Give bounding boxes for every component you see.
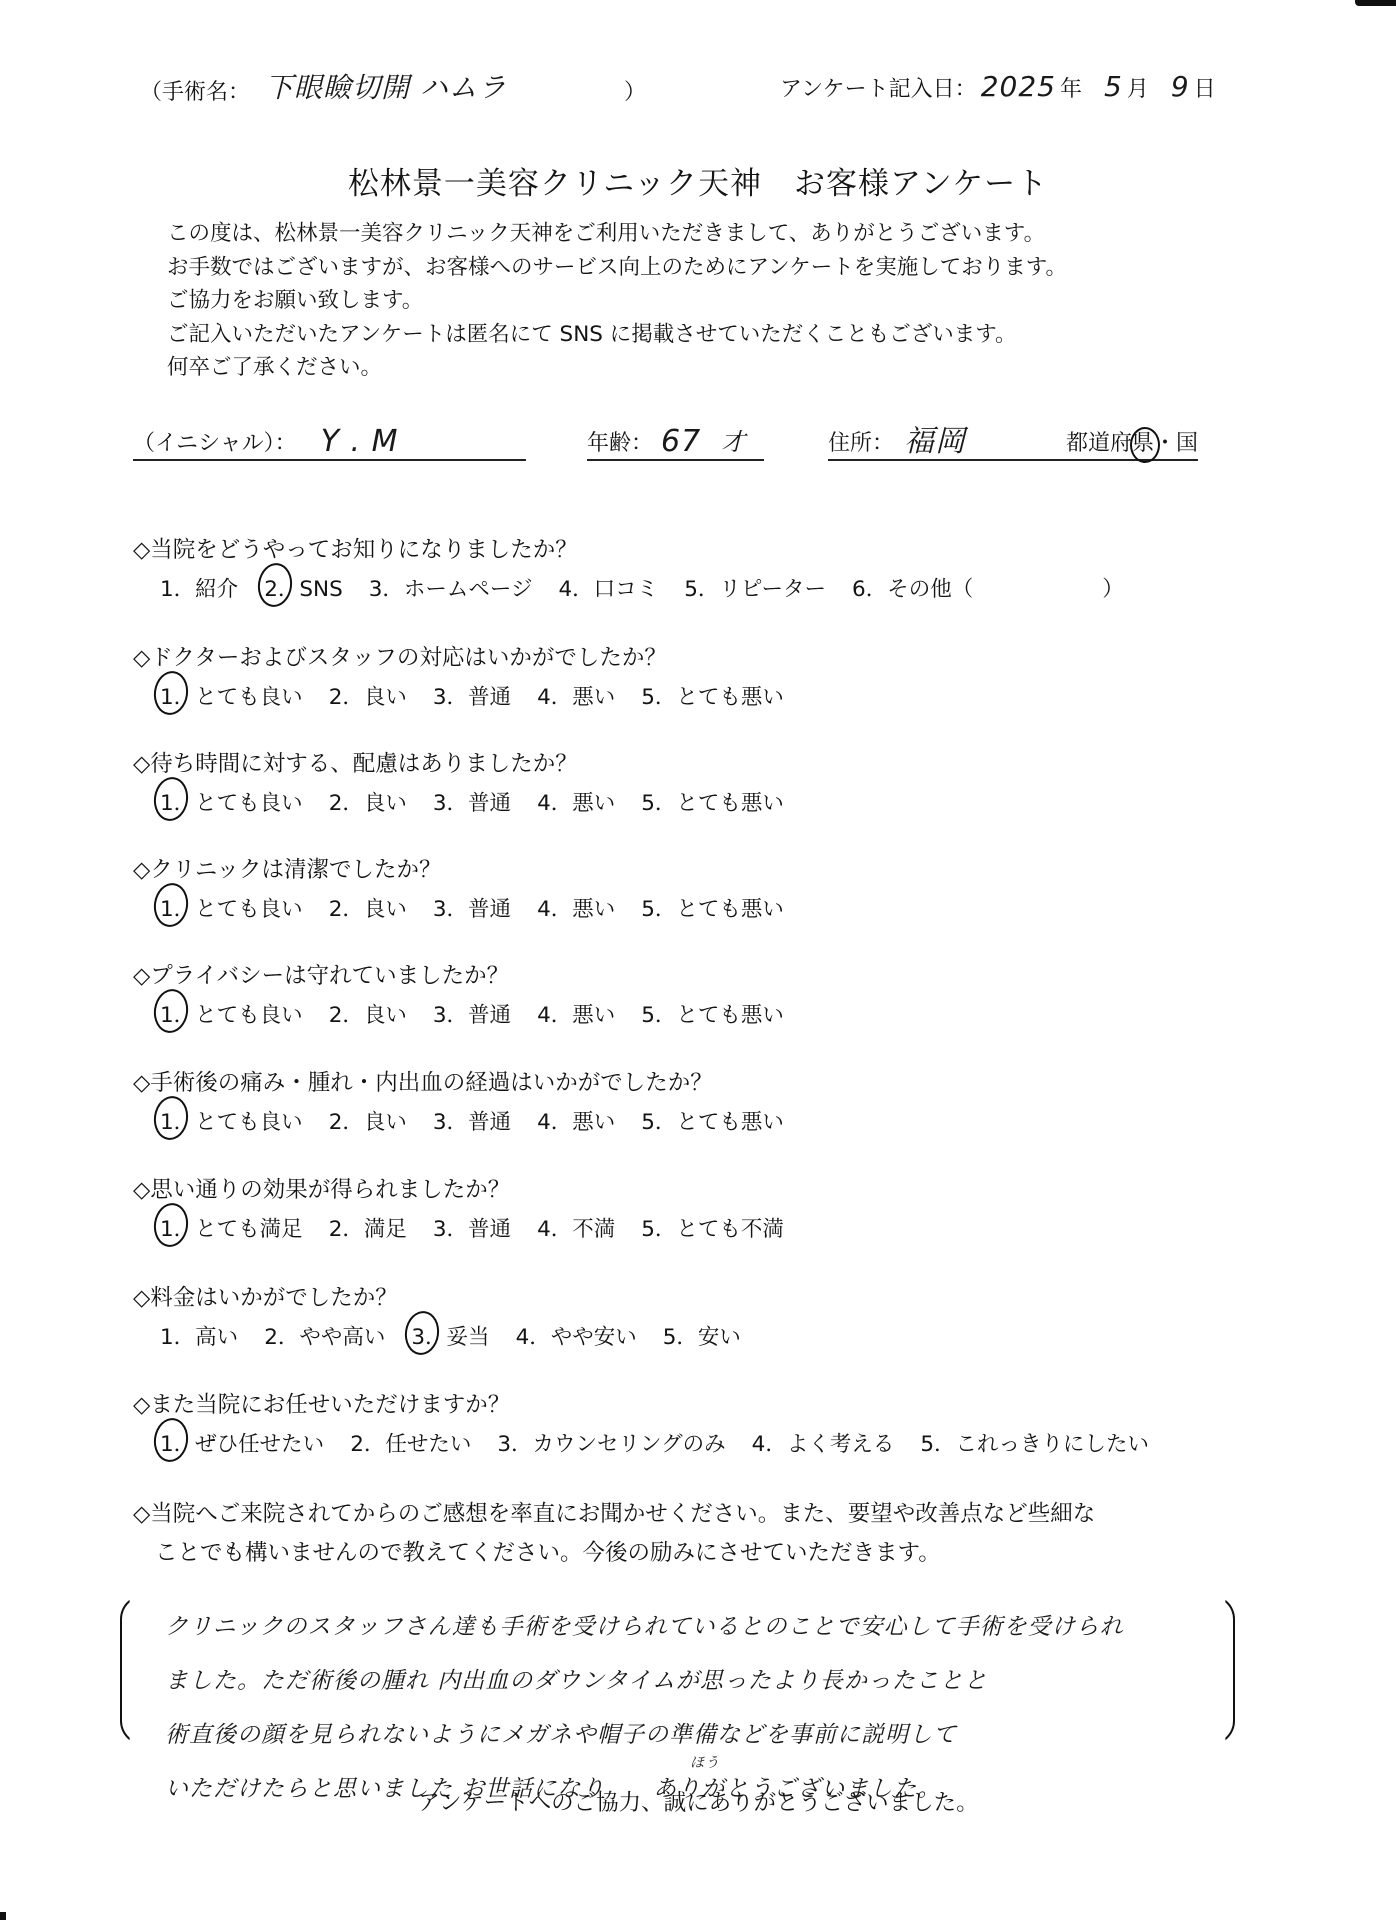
surgery-name-field[interactable]: 下眼瞼切開 ハムラ: [265, 66, 507, 106]
question-text: ◇また当院にお任せいただけますか？: [133, 1387, 510, 1419]
age-value: 67: [661, 427, 701, 457]
question-7-options: 1．とても満足 2．満足 3．普通 4．不満 5．とても不満: [160, 1212, 810, 1243]
option-2[interactable]: 2．良い: [329, 680, 407, 711]
option-referral[interactable]: 1．紹介: [160, 572, 238, 603]
address-value: 福岡: [904, 427, 966, 457]
intro-line: この度は、松林景一美容クリニック天神をご利用いただきまして、ありがとうございます…: [167, 217, 1067, 251]
scan-edge-mark: [1355, 0, 1396, 6]
option-1[interactable]: 1．高い: [160, 1320, 238, 1351]
option-5[interactable]: 5．とても悪い: [641, 786, 784, 817]
date-year-unit: 年: [1060, 72, 1082, 103]
age-unit: 才: [721, 427, 746, 457]
intro-line: ご協力をお願い致します。: [167, 284, 1067, 318]
option-2[interactable]: 2．任せたい: [350, 1427, 471, 1458]
option-4[interactable]: 4．悪い: [537, 786, 615, 817]
option-3[interactable]: 3．普通: [433, 892, 511, 923]
option-4[interactable]: 4．悪い: [537, 1105, 615, 1136]
option-2[interactable]: 2．良い: [329, 998, 407, 1029]
question-5-options: 1．とても良い 2．良い 3．普通 4．悪い 5．とても悪い: [160, 998, 810, 1029]
option-5[interactable]: 5．とても悪い: [641, 998, 784, 1029]
option-sns[interactable]: 2．SNS: [264, 572, 343, 603]
option-2[interactable]: 2．良い: [329, 892, 407, 923]
option-2[interactable]: 2．やや高い: [264, 1320, 385, 1351]
option-4[interactable]: 4．悪い: [537, 998, 615, 1029]
intro-line: お手数ではございますが、お客様へのサービス向上のためにアンケートを実施しておりま…: [167, 251, 1067, 285]
question-text: ◇ドクターおよびスタッフの対応はいかがでしたか？: [133, 640, 667, 672]
option-3[interactable]: 3．妥当: [411, 1320, 489, 1351]
option-1[interactable]: 1．とても良い: [160, 892, 303, 923]
option-5[interactable]: 5．とても悪い: [641, 892, 784, 923]
comment-prompt: ◇当院へご来院されてからのご感想を率直にお聞かせください。また、要望や改善点など…: [133, 1496, 1095, 1528]
option-1[interactable]: 1．とても満足: [160, 1212, 303, 1243]
intro-line: ご記入いただいたアンケートは匿名にて SNS に掲載させていただくこともございま…: [167, 318, 1067, 352]
question-text: ◇クリニックは清潔でしたか？: [133, 852, 441, 884]
option-3[interactable]: 3．普通: [433, 1105, 511, 1136]
question-4-options: 1．とても良い 2．良い 3．普通 4．悪い 5．とても悪い: [160, 892, 810, 923]
right-bracket: [1211, 1595, 1235, 1745]
question-text: ◇プライバシーは守れていましたか？: [133, 958, 509, 990]
question-text: ◇料金はいかがでしたか？: [133, 1280, 398, 1312]
option-3[interactable]: 3．普通: [433, 680, 511, 711]
option-1[interactable]: 1．とても良い: [160, 786, 303, 817]
date-label: アンケート記入日：: [780, 72, 977, 103]
initials-value: Y . M: [321, 427, 399, 457]
survey-date: アンケート記入日： 2025 年 5 月 9 日: [780, 70, 1216, 103]
question-text: ◇思い通りの効果が得られましたか？: [133, 1172, 510, 1204]
comment-line: 術直後の顔を見られないようにメガネや帽子の準備などを事前に説明して: [165, 1708, 1124, 1762]
question-text: ◇待ち時間に対する、配慮はありましたか？: [133, 746, 578, 778]
initials-label: （イニシャル）：: [133, 426, 297, 457]
age-label: 年齢：: [587, 426, 653, 457]
question-1-options: 1．紹介 2．SNS 3．ホームページ 4．口コミ 5．リピーター 6．その他（…: [160, 572, 1150, 603]
option-2[interactable]: 2．満足: [329, 1212, 407, 1243]
date-year-field[interactable]: 2025: [981, 70, 1056, 103]
thanks-message: アンケートへのご協力、誠にありがとうございました。: [0, 1785, 1396, 1817]
surgery-label: （手術名：: [140, 75, 250, 106]
option-2[interactable]: 2．良い: [329, 786, 407, 817]
question-9-options: 1．ぜひ任せたい 2．任せたい 3．カウンセリングのみ 4．よく考える 5．これ…: [160, 1427, 1175, 1458]
option-word-of-mouth[interactable]: 4．口コミ: [559, 572, 659, 603]
option-homepage[interactable]: 3．ホームページ: [369, 572, 533, 603]
intro-text: この度は、松林景一美容クリニック天神をご利用いただきまして、ありがとうございます…: [167, 217, 1067, 385]
age-field[interactable]: 年齢： 67 才: [587, 425, 764, 461]
option-4[interactable]: 4．悪い: [537, 892, 615, 923]
scan-edge-mark: [0, 1912, 6, 1920]
initials-field[interactable]: （イニシャル）： Y . M: [133, 425, 526, 461]
option-4[interactable]: 4．不満: [537, 1212, 615, 1243]
option-5[interactable]: 5．とても悪い: [641, 680, 784, 711]
option-2[interactable]: 2．良い: [329, 1105, 407, 1136]
option-1[interactable]: 1．とても良い: [160, 1105, 303, 1136]
option-4[interactable]: 4．悪い: [537, 680, 615, 711]
comment-prompt-line2: ことでも構いませんので教えてください。今後の励みにさせていただきます。: [155, 1535, 941, 1567]
date-day-field[interactable]: 9: [1171, 70, 1190, 103]
date-day-unit: 日: [1194, 72, 1216, 103]
date-month-unit: 月: [1127, 72, 1149, 103]
option-3[interactable]: 3．普通: [433, 1212, 511, 1243]
option-5[interactable]: 5．とても不満: [641, 1212, 784, 1243]
option-5[interactable]: 5．これっきりにしたい: [920, 1427, 1149, 1458]
question-2-options: 1．とても良い 2．良い 3．普通 4．悪い 5．とても悪い: [160, 680, 810, 711]
comment-answer: クリニックのスタッフさん達も手術を受けられているとのことで安心して手術を受けられ…: [165, 1600, 1124, 1816]
question-6-options: 1．とても良い 2．良い 3．普通 4．悪い 5．とても悪い: [160, 1105, 810, 1136]
address-field[interactable]: 住所： 福岡 都道府県・国: [828, 425, 1198, 461]
page-title: 松林景一美容クリニック天神 お客様アンケート: [0, 158, 1396, 203]
date-month-field[interactable]: 5: [1104, 70, 1123, 103]
furigana-note: ほう: [690, 1752, 720, 1772]
option-4[interactable]: 4．やや安い: [516, 1320, 637, 1351]
option-4[interactable]: 4．よく考える: [752, 1427, 895, 1458]
option-other[interactable]: 6．その他（ ）: [852, 572, 1124, 603]
selected-prefecture-circle: [1130, 427, 1160, 463]
address-label: 住所：: [828, 426, 894, 457]
question-text: ◇手術後の痛み・腫れ・内出血の経過はいかがでしたか？: [133, 1065, 713, 1097]
option-1[interactable]: 1．とても良い: [160, 998, 303, 1029]
comment-line: ました。ただ術後の腫れ 内出血のダウンタイムが思ったより長かったことと: [165, 1654, 1124, 1708]
option-3[interactable]: 3．普通: [433, 998, 511, 1029]
surgery-close-paren: ）: [624, 75, 646, 106]
question-text: ◇当院をどうやってお知りになりましたか？: [133, 532, 578, 564]
question-8-options: 1．高い 2．やや高い 3．妥当 4．やや安い 5．安い: [160, 1320, 767, 1351]
question-3-options: 1．とても良い 2．良い 3．普通 4．悪い 5．とても悪い: [160, 786, 810, 817]
option-5[interactable]: 5．とても悪い: [641, 1105, 784, 1136]
left-bracket: [120, 1595, 144, 1745]
option-1[interactable]: 1．ぜひ任せたい: [160, 1427, 324, 1458]
option-5[interactable]: 5．安い: [663, 1320, 741, 1351]
comment-line: クリニックのスタッフさん達も手術を受けられているとのことで安心して手術を受けられ: [165, 1600, 1124, 1654]
option-repeater[interactable]: 5．リピーター: [684, 572, 826, 603]
option-3[interactable]: 3．カウンセリングのみ: [497, 1427, 725, 1458]
option-1[interactable]: 1．とても良い: [160, 680, 303, 711]
intro-line: 何卒ご了承ください。: [167, 351, 1067, 385]
option-3[interactable]: 3．普通: [433, 786, 511, 817]
